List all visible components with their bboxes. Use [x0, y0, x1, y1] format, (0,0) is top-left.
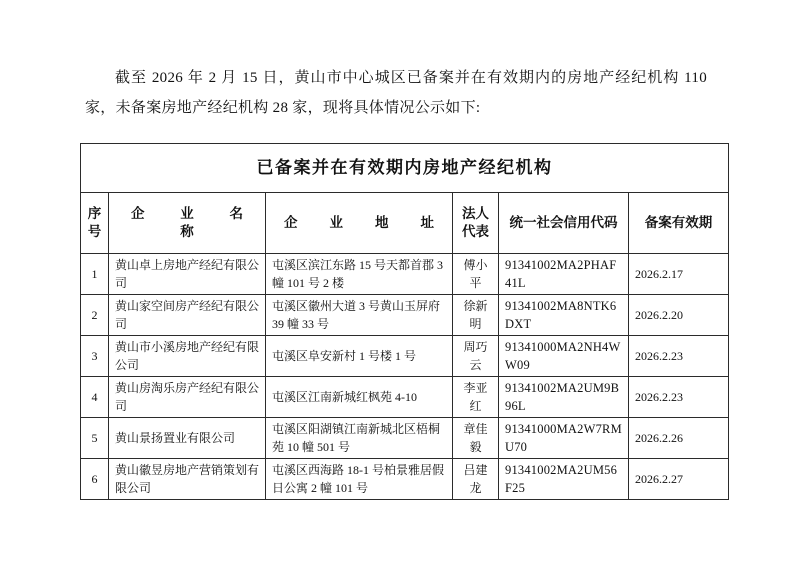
- registered-agencies-table: 已备案并在有效期内房地产经纪机构 序 号 企业名 称 企业地址 法人 代表: [80, 143, 729, 500]
- table-row: 3 黄山市小溪房地产经纪有限公司 屯溪区阜安新村 1 号楼 1 号 周巧云 91…: [81, 336, 729, 377]
- header-company-address: 企业地址: [266, 193, 453, 254]
- cell-legal-rep: 章佳毅: [453, 418, 499, 459]
- cell-address: 屯溪区阜安新村 1 号楼 1 号: [266, 336, 453, 377]
- cell-company-name: 黄山家空间房产经纪有限公司: [109, 295, 266, 336]
- intro-paragraph: 截至 2026 年 2 月 15 日，黄山市中心城区已备案并在有效期内的房地产经…: [85, 63, 707, 123]
- header-index-line1: 序: [87, 205, 102, 223]
- cell-index: 1: [81, 254, 109, 295]
- header-company-name-line1: 企业名: [115, 205, 259, 223]
- cell-index: 5: [81, 418, 109, 459]
- cell-credit-code: 91341002MA2UM9B96L: [499, 377, 629, 418]
- records-body: 已备案并在有效期内房地产经纪机构 序 号 企业名 称 企业地址 法人 代表: [81, 144, 729, 500]
- cell-legal-rep: 李亚红: [453, 377, 499, 418]
- header-legal-line2: 代表: [459, 223, 492, 241]
- header-credit-code: 统一社会信用代码: [499, 193, 629, 254]
- cell-company-name: 黄山景扬置业有限公司: [109, 418, 266, 459]
- cell-validity: 2026.2.20: [629, 295, 729, 336]
- cell-credit-code: 91341002MA2PHAF41L: [499, 254, 629, 295]
- header-validity: 备案有效期: [629, 193, 729, 254]
- cell-company-name: 黄山房淘乐房产经纪有限公司: [109, 377, 266, 418]
- table-row: 5 黄山景扬置业有限公司 屯溪区阳湖镇江南新城北区梧桐苑 10 幢 501 号 …: [81, 418, 729, 459]
- cell-legal-rep: 吕建龙: [453, 459, 499, 500]
- header-legal-representative: 法人 代表: [453, 193, 499, 254]
- cell-index: 2: [81, 295, 109, 336]
- cell-address: 屯溪区阳湖镇江南新城北区梧桐苑 10 幢 501 号: [266, 418, 453, 459]
- cell-index: 6: [81, 459, 109, 500]
- header-index: 序 号: [81, 193, 109, 254]
- cell-index: 3: [81, 336, 109, 377]
- cell-legal-rep: 周巧云: [453, 336, 499, 377]
- cell-company-name: 黄山卓上房地产经纪有限公司: [109, 254, 266, 295]
- cell-credit-code: 91341002MA2UM56F25: [499, 459, 629, 500]
- cell-validity: 2026.2.23: [629, 336, 729, 377]
- cell-credit-code: 91341000MA2NH4WW09: [499, 336, 629, 377]
- cell-address: 屯溪区江南新城红枫苑 4-10: [266, 377, 453, 418]
- cell-legal-rep: 徐新明: [453, 295, 499, 336]
- cell-validity: 2026.2.26: [629, 418, 729, 459]
- header-company-name-line2: 称: [115, 223, 259, 241]
- cell-credit-code: 91341002MA8NTK6DXT: [499, 295, 629, 336]
- document-page: 截至 2026 年 2 月 15 日，黄山市中心城区已备案并在有效期内的房地产经…: [0, 0, 800, 565]
- table-title: 已备案并在有效期内房地产经纪机构: [81, 144, 729, 193]
- table-row: 2 黄山家空间房产经纪有限公司 屯溪区徽州大道 3 号黄山玉屏府 39 幢 33…: [81, 295, 729, 336]
- table-row: 6 黄山徽昱房地产营销策划有限公司 屯溪区西海路 18-1 号柏景雅居假日公寓 …: [81, 459, 729, 500]
- cell-validity: 2026.2.23: [629, 377, 729, 418]
- cell-company-name: 黄山市小溪房地产经纪有限公司: [109, 336, 266, 377]
- cell-legal-rep: 傅小平: [453, 254, 499, 295]
- table-row: 4 黄山房淘乐房产经纪有限公司 屯溪区江南新城红枫苑 4-10 李亚红 9134…: [81, 377, 729, 418]
- cell-company-name: 黄山徽昱房地产营销策划有限公司: [109, 459, 266, 500]
- cell-validity: 2026.2.27: [629, 459, 729, 500]
- header-legal-line1: 法人: [459, 205, 492, 223]
- cell-validity: 2026.2.17: [629, 254, 729, 295]
- cell-address: 屯溪区西海路 18-1 号柏景雅居假日公寓 2 幢 101 号: [266, 459, 453, 500]
- cell-index: 4: [81, 377, 109, 418]
- cell-address: 屯溪区徽州大道 3 号黄山玉屏府 39 幢 33 号: [266, 295, 453, 336]
- header-company-name: 企业名 称: [109, 193, 266, 254]
- table-header-row: 序 号 企业名 称 企业地址 法人 代表 统一社会信用代码 备案有效期: [81, 193, 729, 254]
- table-title-row: 已备案并在有效期内房地产经纪机构: [81, 144, 729, 193]
- table-row: 1 黄山卓上房地产经纪有限公司 屯溪区滨江东路 15 号天都首郡 3 幢 101…: [81, 254, 729, 295]
- cell-credit-code: 91341000MA2W7RMU70: [499, 418, 629, 459]
- header-index-line2: 号: [87, 223, 102, 241]
- header-company-address-text: 企业地址: [272, 214, 446, 232]
- cell-address: 屯溪区滨江东路 15 号天都首郡 3 幢 101 号 2 楼: [266, 254, 453, 295]
